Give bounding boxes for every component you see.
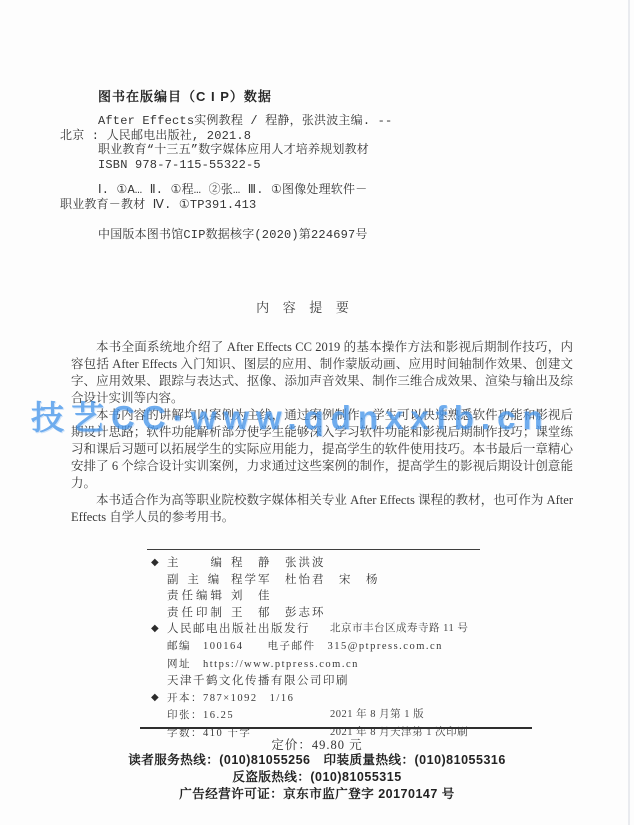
credit-label: 责任印制 — [167, 605, 231, 622]
cip-class-line1: Ⅰ. ①A… Ⅱ. ①程… ②张… Ⅲ. ①图像处理软件－ — [60, 183, 530, 198]
cip-class-line2: 职业教育－教材 Ⅳ. ①TP391.413 — [60, 198, 530, 213]
publisher-address: 北京市丰台区成寿寺路 11 号 — [330, 621, 468, 638]
credit-value: 王 郁 彭志环 — [231, 607, 326, 619]
printer-row: 天津千鹤文化传播有限公司印刷 — [147, 673, 547, 690]
diamond-bullet-icon: ◆ — [151, 555, 167, 572]
postal-email: 邮编 100164 电子邮件 315@ptpress.com.cn — [167, 641, 443, 652]
hotlines-block: 读者服务热线：(010)81055256 印装质量热线：(010)8105531… — [0, 752, 634, 803]
credit-label: 主 编 — [167, 555, 231, 572]
postal-email-row: 邮编 100164 电子邮件 315@ptpress.com.cn — [147, 638, 547, 656]
credit-row-deputy-editor: 副 主 编程学军 杜怡君 宋 杨 — [147, 572, 547, 589]
summary-paragraph-3: 本书适合作为高等职业院校数字媒体相关专业 After Effects 课程的教材… — [71, 492, 573, 526]
cip-series-line: 职业教育“十三五”数字媒体应用人才培养规划教材 — [60, 143, 530, 158]
sheets-edition-row: 印张：16.25 2021 年 8 月第 1 版 — [147, 707, 547, 725]
publisher-name: 人民邮电出版社出版发行 — [167, 623, 310, 635]
copyright-page: 图书在版编目（C I P）数据 After Effects实例教程 / 程静，张… — [0, 0, 634, 825]
credit-row-responsible-editor: 责任编辑刘 佳 — [147, 588, 547, 605]
cip-data-block: After Effects实例教程 / 程静，张洪波主编. -- 北京 : 人民… — [60, 114, 530, 243]
publisher-website: 网址 https://www.ptpress.com.cn — [167, 659, 359, 670]
summary-paragraph-1: 本书全面系统地介绍了 After Effects CC 2019 的基本操作方法… — [71, 339, 573, 407]
ad-license-line: 广告经营许可证：京东市监广登字 20170147 号 — [0, 786, 634, 802]
reader-service-hotline: 读者服务热线：(010)81055256 印装质量热线：(010)8105531… — [0, 752, 634, 768]
cip-title-line: After Effects实例教程 / 程静，张洪波主编. -- — [60, 114, 530, 129]
diamond-bullet-icon: ◆ — [151, 621, 167, 638]
cip-isbn-line: ISBN 978-7-115-55322-5 — [60, 158, 530, 173]
cip-registry-line: 中国版本图书馆CIP数据核字(2020)第224697号 — [60, 228, 530, 243]
colophon-block: ◆主 编程 静 张洪波 副 主 编程学军 杜怡君 宋 杨 责任编辑刘 佳 责任印… — [147, 549, 547, 743]
credit-row-chief-editor: ◆主 编程 静 张洪波 — [147, 555, 547, 572]
credit-label: 副 主 编 — [167, 572, 231, 589]
credit-value: 刘 佳 — [231, 590, 272, 602]
format-size: 开本：787×1092 1/16 — [167, 693, 294, 704]
summary-paragraphs: 本书全面系统地介绍了 After Effects CC 2019 的基本操作方法… — [71, 339, 573, 526]
summary-title: 内 容 提 要 — [0, 297, 610, 316]
credit-row-print-supervisor: 责任印制王 郁 彭志环 — [147, 605, 547, 622]
website-row: 网址 https://www.ptpress.com.cn — [147, 656, 547, 674]
cip-heading: 图书在版编目（C I P）数据 — [98, 86, 272, 105]
credit-label: 责任编辑 — [167, 588, 231, 605]
credit-value: 程 静 张洪波 — [231, 557, 326, 569]
publisher-row: ◆人民邮电出版社出版发行 北京市丰台区成寿寺路 11 号 — [147, 621, 547, 638]
sheets-count: 印张：16.25 — [167, 710, 234, 721]
anti-piracy-hotline: 反盗版热线：(010)81055315 — [0, 769, 634, 785]
colophon-bottom-rule — [140, 727, 532, 729]
printer-name: 天津千鹤文化传播有限公司印刷 — [167, 675, 349, 687]
format-size-row: ◆开本：787×1092 1/16 — [147, 690, 547, 708]
scan-edge-artifact — [628, 0, 630, 825]
diamond-bullet-icon: ◆ — [151, 690, 167, 707]
cip-publisher-line: 北京 : 人民邮电出版社, 2021.8 — [60, 129, 530, 144]
credit-value: 程学军 杜怡君 宋 杨 — [231, 574, 380, 586]
price-line: 定价：49.80 元 — [0, 735, 634, 753]
edition-info: 2021 年 8 月第 1 版 — [330, 707, 424, 724]
colophon-top-rule — [147, 549, 480, 550]
summary-paragraph-2: 本书内容的讲解均以案例为主线，通过案例制作，学生可以快速熟悉软件功能和影视后期设… — [71, 407, 573, 492]
